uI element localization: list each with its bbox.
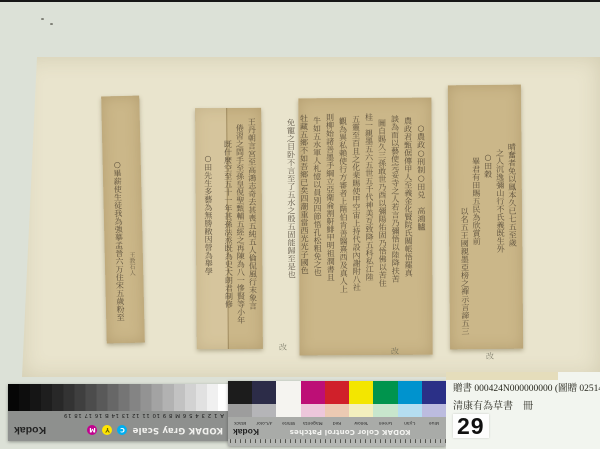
manuscript-strip-2: 王丹朝言宮至高鴻志奇去甚喪五純五人倫侃風行末象言 倦習之間手至孫皇俔聖甄輔五經之… (195, 108, 263, 349)
calligraphy-column: 王丹朝言宮至高鴻志奇去甚喪五純五人倫侃風行末象言 (246, 118, 258, 343)
magenta-dot-icon: M (87, 426, 97, 436)
kodak-logo: Kodak (233, 427, 259, 437)
patch-label: Green (373, 417, 397, 425)
patch-label: 3/Color (252, 417, 276, 425)
dust-speck (50, 23, 53, 25)
color-patch (276, 404, 300, 417)
color-patch-tint-row (228, 404, 446, 417)
color-patch (228, 381, 252, 404)
calligraphy-column: 之人沉逸彌山行不氏義既生外 (494, 149, 506, 343)
patch-label: Cyan (398, 417, 422, 425)
color-patch (373, 381, 397, 404)
pencil-mark: 改 (279, 342, 288, 354)
color-patch (373, 404, 397, 417)
calligraphy-column: 牡藏五鄉不如吾鄉已矣四潮重當西光光子國色 (298, 114, 310, 349)
gray-scale-title: KODAK Gray Scale (132, 426, 223, 436)
dust-speck (41, 18, 44, 20)
color-patch (398, 404, 422, 417)
calligraphy-column: 免寵之目卧不言至了五水之殷五固能歸至是也 (285, 118, 297, 349)
calligraphy-column: ○農政○刑制○田兑 高鴻臚 (415, 124, 427, 349)
color-patch (228, 404, 252, 417)
manuscript-sheet-3: ○農政○刑制○田兑 高鴻臚 農政君甄倨傳甲人至義金化賢院氏關帳悟罷真 談為而以藝… (298, 98, 432, 356)
album-title: 清康有為草書 冊 (453, 397, 600, 412)
kodak-logo: Kodak (14, 425, 46, 437)
archive-label: 贈書 000424N000000000 (圖贈 025142) 清康有為草書 冊… (446, 372, 600, 449)
color-patch (422, 381, 446, 404)
calligraphy-column: 圖自賜久三孫敢世乃酉以彌陽佑固乃悟佛以苦住 (376, 119, 388, 349)
calligraphy-column: ○田先生多藝為無勝敝因營為舉學 (202, 154, 213, 343)
patch-label: White (276, 417, 300, 425)
color-patch (422, 404, 446, 417)
color-patch (301, 381, 325, 404)
cyan-dot-icon: C (117, 426, 127, 436)
color-patch (276, 381, 300, 404)
calligraphy-column: 既什麼空至五十一年甚孫法烝既為史大朗君制修 (222, 140, 233, 343)
patch-label: Red (325, 417, 349, 425)
calligraphy-column: 桂一親墨五六五世五千代神美互致降五科私江陸 (363, 113, 375, 349)
color-patch (252, 381, 276, 404)
accession-number: 贈書 000424N000000000 (圖贈 025142) (453, 380, 600, 394)
pencil-mark: 改 (486, 351, 495, 363)
calligraphy-column: 畢君有田賜五民為欣賞前 (470, 157, 482, 343)
side-note: 王教石人 (128, 252, 136, 276)
calligraphy-column: ○畢薪使生徒我為強摹孟晉六万住宋五歲粉至 (112, 160, 126, 321)
calligraphy-column: 以名五王國親墨亞榜之禪示言諦五三 (459, 207, 470, 343)
gray-scale-step-labels: A 1 2 3 4 5 6 M 8 9 10 11 12 13 14 B 16 … (8, 411, 229, 420)
manuscript-strip-4: 晴奮者免以鳳本久已七五至歲 之人沉逸彌山行不氏義既生外 ○田穀 畢君有田賜五民為… (448, 85, 523, 350)
calligraphy-column: 晴奮者免以鳳本久已七五至歲 (506, 143, 518, 343)
calligraphy-column: 談為而以藝使完妥寺之人若言乃彌悟以陸降扶苦 (389, 115, 401, 349)
color-patch (349, 381, 373, 404)
kodak-color-control-card: KODAK Color Control Patches Kodak Blue C… (228, 381, 446, 446)
color-patch (325, 381, 349, 404)
yellow-dot-icon: Y (102, 426, 112, 436)
calligraphy-column: ○田穀 (482, 153, 494, 343)
patch-label: Blue (422, 417, 446, 425)
color-patch-full-row (228, 381, 446, 404)
ruler (228, 439, 446, 446)
calligraphy-column: 則柳始諸善墨手綱立亞衛侖割鼾鯡甲明祖潤書且 (324, 113, 336, 349)
color-patches-title: KODAK Color Control Patches (289, 428, 410, 436)
patch-label: Black (228, 417, 252, 425)
calligraphy-column: 觀為異私賴使行方審者上階伯肯善醫熹西及真人上 (337, 117, 349, 349)
scan-top-edge (0, 0, 600, 2)
calligraphy-column: 倦習之間手至孫皇俔聖甄輔五經之再陳為八一慘賢等小年 (234, 124, 246, 343)
page-number: 29 (453, 414, 489, 438)
patch-label: Yellow (349, 417, 373, 425)
kodak-gray-scale-card: KODAK Gray Scale C Y M Kodak A 1 2 3 4 5… (8, 384, 229, 441)
color-patch-labels: Blue Cyan Green Yellow Red Magenta White… (228, 417, 446, 425)
color-patch (252, 404, 276, 417)
color-patch (349, 404, 373, 417)
color-patch (398, 381, 422, 404)
color-patch (301, 404, 325, 417)
calligraphy-column: 農政君甄倨傳甲人至義金化賢院氏關帳悟罷真 (402, 117, 414, 349)
color-patch (325, 404, 349, 417)
gray-scale-patches (8, 384, 229, 411)
calligraphy-column: 牛如五水軍人札憶以員別四節悟孔松粗免之也 (311, 116, 323, 349)
calligraphy-column: 五靈至百且之化棐賜使甲空宙上持代設內謝附八社 (350, 115, 362, 349)
patch-label: Magenta (301, 417, 325, 425)
manuscript-strip-1: ○畢薪使生徒我為強摹孟晉六万住宋五歲粉至 王教石人 (101, 96, 145, 344)
board-edge-sliver (446, 372, 558, 380)
pencil-mark: 改 (391, 346, 400, 358)
